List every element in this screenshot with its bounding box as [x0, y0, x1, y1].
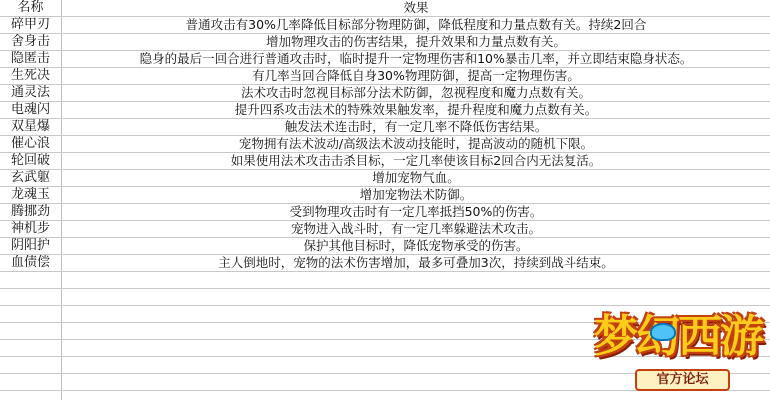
skill-name-cell[interactable]: 隐匿击: [0, 51, 62, 67]
game-logo-watermark: 梦幻西游 官方论坛: [580, 305, 770, 400]
skill-effect-cell[interactable]: 增加物理攻击的伤害结果，提升效果和力量点数有关。: [62, 34, 770, 50]
skill-name-cell[interactable]: 双星爆: [0, 119, 62, 135]
table-row: 双星爆 触发法术连击时，有一定几率不降低伤害结果。: [0, 119, 770, 136]
logo-title: 梦幻西游: [588, 307, 768, 367]
empty-cell[interactable]: [0, 391, 62, 400]
empty-cell[interactable]: [0, 306, 62, 322]
skill-effect-cell[interactable]: 普通攻击有30%几率降低目标部分物理防御，降低程度和力量点数有关。持续2回合: [62, 17, 770, 33]
table-row: 电魂闪 提升四系攻击法术的特殊效果触发率，提升程度和魔力点数有关。: [0, 102, 770, 119]
empty-cell[interactable]: [0, 323, 62, 339]
skill-effect-cell[interactable]: 增加宠物气血。: [62, 170, 770, 186]
skill-name-cell[interactable]: 腾挪劲: [0, 204, 62, 220]
skill-effect-cell[interactable]: 隐身的最后一回合进行普通攻击时，临时提升一定物理伤害和10%暴击几率，并立即结束…: [62, 51, 770, 67]
logo-subtitle: 官方论坛: [635, 369, 730, 391]
skill-name-cell[interactable]: 玄武躯: [0, 170, 62, 186]
skill-effect-cell[interactable]: 有几率当回合降低自身30%物理防御，提高一定物理伤害。: [62, 68, 770, 84]
empty-cell[interactable]: [62, 272, 770, 288]
table-row: 通灵法 法术攻击时忽视目标部分法术防御，忽视程度和魔力点数有关。: [0, 85, 770, 102]
empty-cell[interactable]: [0, 289, 62, 305]
header-effect[interactable]: 效果: [62, 0, 770, 16]
skill-name-cell[interactable]: 通灵法: [0, 85, 62, 101]
skill-effect-cell[interactable]: 受到物理攻击时有一定几率抵挡50%的伤害。: [62, 204, 770, 220]
table-row: 舍身击 增加物理攻击的伤害结果，提升效果和力量点数有关。: [0, 34, 770, 51]
empty-cell[interactable]: [0, 374, 62, 390]
table-row: 生死决 有几率当回合降低自身30%物理防御，提高一定物理伤害。: [0, 68, 770, 85]
table-row: 玄武躯 增加宠物气血。: [0, 170, 770, 187]
skill-name-cell[interactable]: 舍身击: [0, 34, 62, 50]
skill-name-cell[interactable]: 生死决: [0, 68, 62, 84]
skill-name-cell[interactable]: 血债偿: [0, 255, 62, 271]
skill-effect-cell[interactable]: 法术攻击时忽视目标部分法术防御，忽视程度和魔力点数有关。: [62, 85, 770, 101]
skill-name-cell[interactable]: 轮回破: [0, 153, 62, 169]
empty-cell[interactable]: [0, 272, 62, 288]
empty-row: [0, 272, 770, 289]
header-row: 名称 效果: [0, 0, 770, 17]
table-row: 催心浪 宠物拥有法术波动/高级法术波动技能时，提高波动的随机下限。: [0, 136, 770, 153]
skill-name-cell[interactable]: 龙魂玉: [0, 187, 62, 203]
skill-name-cell[interactable]: 碎甲刃: [0, 17, 62, 33]
table-row: 碎甲刃 普通攻击有30%几率降低目标部分物理防御，降低程度和力量点数有关。持续2…: [0, 17, 770, 34]
empty-cell[interactable]: [0, 340, 62, 356]
skill-name-cell[interactable]: 催心浪: [0, 136, 62, 152]
skill-name-cell[interactable]: 阴阳护: [0, 238, 62, 254]
empty-cell[interactable]: [0, 357, 62, 373]
table-row: 轮回破 如果使用法术攻击击杀目标，一定几率使该目标2回合内无法复活。: [0, 153, 770, 170]
skill-effect-cell[interactable]: 提升四系攻击法术的特殊效果触发率，提升程度和魔力点数有关。: [62, 102, 770, 118]
empty-row: [0, 289, 770, 306]
table-row: 神机步 宠物进入战斗时，有一定几率躲避法术攻击。: [0, 221, 770, 238]
skill-effect-cell[interactable]: 宠物进入战斗时，有一定几率躲避法术攻击。: [62, 221, 770, 237]
skill-name-cell[interactable]: 神机步: [0, 221, 62, 237]
table-row: 隐匿击 隐身的最后一回合进行普通攻击时，临时提升一定物理伤害和10%暴击几率，并…: [0, 51, 770, 68]
skill-effect-cell[interactable]: 宠物拥有法术波动/高级法术波动技能时，提高波动的随机下限。: [62, 136, 770, 152]
table-row: 阴阳护 保护其他目标时，降低宠物承受的伤害。: [0, 238, 770, 255]
skill-effect-cell[interactable]: 如果使用法术攻击击杀目标，一定几率使该目标2回合内无法复活。: [62, 153, 770, 169]
skill-effect-cell[interactable]: 触发法术连击时，有一定几率不降低伤害结果。: [62, 119, 770, 135]
cloud-icon: [650, 323, 676, 341]
skill-effect-cell[interactable]: 增加宠物法术防御。: [62, 187, 770, 203]
table-row: 血债偿 主人倒地时，宠物的法术伤害增加，最多可叠加3次，持续到战斗结束。: [0, 255, 770, 272]
skill-effect-cell[interactable]: 主人倒地时，宠物的法术伤害增加，最多可叠加3次，持续到战斗结束。: [62, 255, 770, 271]
header-name[interactable]: 名称: [0, 0, 62, 16]
skill-effect-cell[interactable]: 保护其他目标时，降低宠物承受的伤害。: [62, 238, 770, 254]
skill-name-cell[interactable]: 电魂闪: [0, 102, 62, 118]
empty-cell[interactable]: [62, 289, 770, 305]
table-row: 腾挪劲 受到物理攻击时有一定几率抵挡50%的伤害。: [0, 204, 770, 221]
table-row: 龙魂玉 增加宠物法术防御。: [0, 187, 770, 204]
